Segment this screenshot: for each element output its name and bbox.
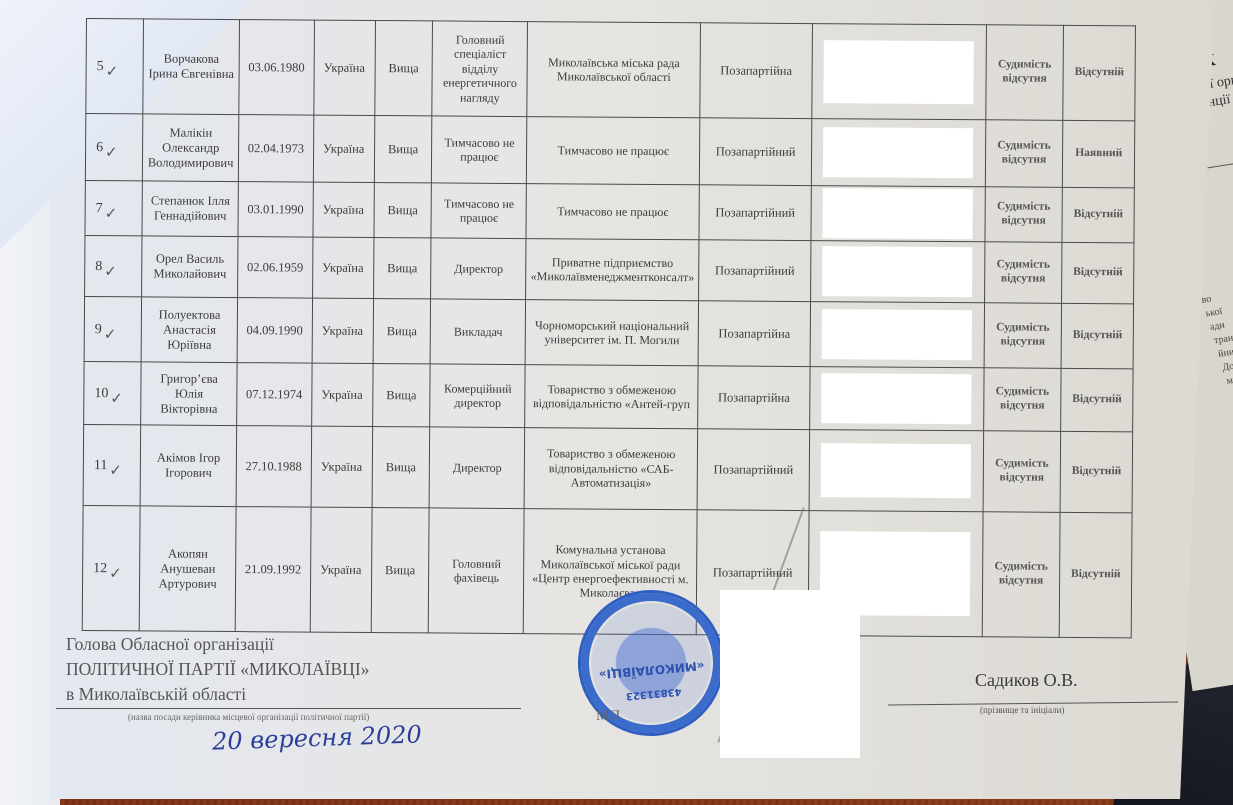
conflict-of-interest-cell: Відсутній — [1060, 512, 1132, 637]
education-cell: Вища — [373, 299, 431, 364]
address-cell — [812, 24, 986, 120]
workplace-cell: Миколаївська міська рада Миколаївської о… — [527, 22, 700, 118]
checkmark-icon: ✓ — [104, 325, 117, 343]
table-row: 5✓Ворчакова Ірина Євгенівна03.06.1980Укр… — [86, 19, 1136, 121]
table-row: 7✓Степанюк Ілля Геннадійович03.01.1990Ук… — [85, 180, 1134, 242]
row-number-cell: 6✓ — [85, 114, 143, 181]
table-row: 6✓Малікін Олександр Володимирович02.04.1… — [85, 114, 1134, 188]
criminal-record-cell: Судимість відсутня — [983, 368, 1061, 432]
candidate-name-cell: Акімов Ігор Ігорович — [140, 425, 237, 507]
checkmark-icon: ✓ — [104, 262, 117, 280]
redacted-address — [822, 309, 972, 360]
criminal-record-cell: Судимість відсутня — [982, 512, 1061, 638]
signatory-title: Голова Обласної організації ПОЛІТИЧНОЇ П… — [66, 632, 369, 707]
address-cell — [811, 119, 985, 187]
workplace-cell: Товариство з обмеженою відповідальністю … — [525, 365, 698, 429]
row-number-cell: 8✓ — [85, 235, 143, 296]
criminal-record-cell: Судимість відсутня — [984, 242, 1062, 304]
education-cell: Вища — [372, 364, 430, 427]
conflict-of-interest-cell: Відсутній — [1061, 368, 1133, 431]
checkmark-icon: ✓ — [105, 204, 118, 222]
address-cell — [810, 367, 984, 431]
checkmark-icon: ✓ — [106, 62, 119, 80]
criminal-record-cell: Судимість відсутня — [984, 303, 1062, 369]
position-cell: Викладач — [430, 299, 526, 365]
address-cell — [811, 186, 985, 242]
party-membership-cell: Позапартійна — [698, 301, 810, 367]
candidate-name-cell: Акопян Анушеван Артурович — [139, 506, 236, 632]
criminal-record-cell: Судимість відсутня — [985, 25, 1063, 121]
conflict-of-interest-cell: Відсутній — [1062, 242, 1134, 303]
candidate-name-cell: Полуектова Анастасія Юріївна — [141, 297, 237, 363]
birth-date-cell: 02.06.1959 — [238, 237, 313, 299]
redacted-address — [822, 373, 972, 424]
checkmark-icon: ✓ — [109, 461, 122, 479]
position-cell: Головний фахівець — [429, 508, 525, 634]
row-number: 9 — [95, 322, 102, 337]
signatory-title-caption: (назва посади керівника місцевої організ… — [128, 712, 369, 722]
workplace-cell: Приватне підприємство «Миколаївменеджмен… — [526, 239, 699, 301]
birth-date-cell: 02.04.1973 — [239, 115, 314, 183]
redacted-address — [823, 127, 973, 178]
row-number: 6 — [96, 140, 103, 155]
birth-date-cell: 04.09.1990 — [237, 298, 312, 364]
second-sheet-fragment: во — [1201, 293, 1212, 305]
candidates-table: 5✓Ворчакова Ірина Євгенівна03.06.1980Укр… — [82, 18, 1136, 638]
conflict-of-interest-cell: Наявний — [1063, 120, 1135, 187]
party-membership-cell: Позапартійний — [699, 185, 811, 241]
position-cell: Головний спеціаліст відділу енергетичног… — [432, 21, 528, 117]
signer-name-caption: (прізвище та ініціали) — [980, 705, 1064, 715]
row-number: 11 — [94, 458, 108, 473]
party-membership-cell: Позапартійна — [698, 366, 810, 430]
party-membership-cell: Позапартійний — [697, 429, 810, 511]
table-row: 10✓Григор’єва Юлія Вікторівна07.12.1974У… — [84, 361, 1133, 431]
conflict-of-interest-cell: Відсутній — [1060, 431, 1132, 512]
citizenship-cell: Україна — [312, 237, 374, 298]
party-membership-cell: Позапартійний — [699, 240, 811, 302]
redacted-address — [823, 188, 973, 239]
education-cell: Вища — [374, 116, 432, 183]
birth-date-cell: 03.01.1990 — [238, 182, 313, 238]
conflict-of-interest-cell: Відсутній — [1063, 25, 1135, 120]
birth-date-cell: 21.09.1992 — [235, 507, 310, 633]
position-cell: Директор — [431, 238, 527, 300]
row-number: 12 — [93, 561, 107, 576]
citizenship-cell: Україна — [313, 182, 375, 237]
candidate-name-cell: Малікін Олександр Володимирович — [143, 114, 239, 182]
candidate-name-cell: Ворчакова Ірина Євгенівна — [143, 19, 240, 115]
conflict-of-interest-cell: Відсутній — [1062, 187, 1134, 242]
signatory-title-line: Голова Обласної організації — [66, 632, 369, 657]
row-number-cell: 11✓ — [83, 424, 141, 505]
table-row: 11✓Акімов Ігор Ігорович27.10.1988Україна… — [83, 424, 1133, 512]
candidate-name-cell: Григор’єва Юлія Вікторівна — [141, 362, 237, 426]
second-sheet-fragment: Довіра — [1222, 358, 1233, 373]
redacted-address — [824, 40, 974, 104]
citizenship-cell: Україна — [313, 115, 375, 182]
workplace-cell: Тимчасово не працює — [526, 184, 699, 240]
checkmark-icon: ✓ — [110, 389, 123, 407]
second-sheet-fragment: ької — [1205, 306, 1223, 319]
conflict-of-interest-cell: Відсутній — [1061, 303, 1133, 368]
stamp-center-text: «МИКОЛАЇВЦІ» — [581, 657, 722, 683]
education-cell: Вища — [375, 21, 433, 116]
row-number-cell: 5✓ — [86, 19, 144, 114]
second-sheet-fragment: йний — [1217, 346, 1233, 360]
redacted-address — [822, 246, 972, 297]
party-membership-cell: Позапартійний — [699, 118, 812, 186]
education-cell: Вища — [374, 183, 432, 238]
citizenship-cell: Україна — [310, 507, 372, 632]
position-cell: Директор — [429, 427, 525, 509]
stamp-code: 43831323 — [583, 682, 723, 705]
checkmark-icon: ✓ — [109, 564, 122, 582]
workplace-cell: Тимчасово не працює — [527, 117, 700, 185]
position-cell: Тимчасово не працює — [431, 183, 527, 239]
second-sheet-fragment: транс» — [1213, 331, 1233, 346]
signatory-title-rule — [56, 708, 521, 709]
redacted-signature — [720, 590, 860, 758]
education-cell: Вища — [373, 238, 431, 299]
row-number-cell: 7✓ — [85, 180, 143, 235]
criminal-record-cell: Судимість відсутня — [983, 431, 1061, 513]
row-number: 7 — [96, 201, 103, 216]
table-row: 8✓Орел Василь Миколайович02.06.1959Украї… — [85, 235, 1134, 303]
citizenship-cell: Україна — [311, 363, 373, 426]
row-number: 8 — [95, 259, 102, 274]
second-sheet-fragment: ади — [1209, 320, 1225, 333]
criminal-record-cell: Судимість відсутня — [985, 120, 1063, 188]
candidate-name-cell: Орел Василь Миколайович — [142, 236, 238, 298]
address-cell — [811, 241, 985, 303]
birth-date-cell: 27.10.1988 — [236, 426, 311, 508]
address-cell — [810, 302, 984, 368]
candidate-name-cell: Степанюк Ілля Геннадійович — [142, 181, 238, 237]
education-cell: Вища — [371, 508, 430, 633]
checkmark-icon: ✓ — [105, 143, 118, 161]
row-number: 10 — [94, 386, 108, 401]
row-number-cell: 10✓ — [84, 361, 142, 424]
criminal-record-cell: Судимість відсутня — [985, 187, 1063, 243]
citizenship-cell: Україна — [311, 426, 373, 507]
citizenship-cell: Україна — [313, 20, 375, 115]
row-number-cell: 9✓ — [84, 296, 142, 361]
citizenship-cell: Україна — [312, 298, 374, 363]
education-cell: Вища — [372, 427, 430, 508]
signatory-title-line: ПОЛІТИЧНОЇ ПАРТІЇ «МИКОЛАЇВЦІ» — [66, 657, 369, 682]
redacted-address — [821, 444, 971, 498]
signer-name: Садиков О.В. — [975, 670, 1078, 691]
workplace-cell: Товариство з обмеженою відповідальністю … — [525, 428, 698, 510]
table-row: 9✓Полуектова Анастасія Юріївна04.09.1990… — [84, 296, 1133, 368]
row-number: 5 — [97, 59, 104, 74]
workplace-cell: Чорноморський національний університет і… — [526, 300, 699, 366]
second-sheet-fragment: маєва» — [1226, 372, 1233, 387]
signatory-title-line: в Миколаївській області — [66, 682, 369, 707]
seal-place-label: МП — [596, 708, 620, 725]
position-cell: Комерційний директор — [430, 364, 526, 428]
party-membership-cell: Позапартійна — [700, 23, 813, 119]
position-cell: Тимчасово не працює — [432, 116, 528, 184]
birth-date-cell: 07.12.1974 — [237, 363, 312, 427]
address-cell — [809, 430, 983, 512]
row-number-cell: 12✓ — [82, 505, 140, 630]
birth-date-cell: 03.06.1980 — [239, 20, 314, 116]
